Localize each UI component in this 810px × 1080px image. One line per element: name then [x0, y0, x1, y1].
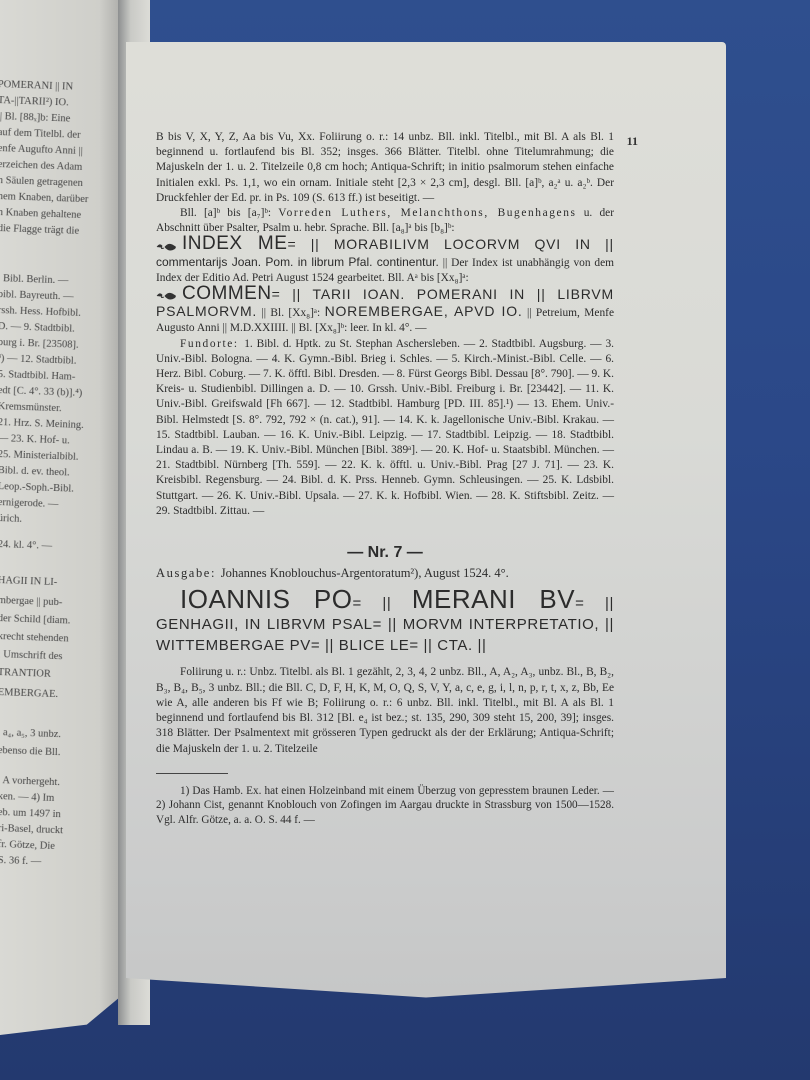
left-page-text-fragment: . Bibl. Berlin. —	[0, 272, 118, 290]
left-page-text-fragment: rssh. Hess. Hofbibl.	[0, 304, 118, 322]
left-page-text-fragment: auf dem Titelbl. der	[0, 126, 118, 144]
edition-title: IOANNIS PO= || MERANI BV= || GENHAGII, I…	[156, 589, 614, 657]
left-page-text-fragment: die Flagge trägt die	[0, 222, 118, 240]
left-page-text-fragment: POMERANI || IN	[0, 78, 118, 96]
index-title: INDEX ME= || MORABILIVM LOCORVM QVI IN |…	[156, 236, 614, 286]
contents-paragraph: Bll. [a]ᵇ bis [a₇]ᵇ: Vorreden Luthers, M…	[156, 206, 614, 236]
fleuron-icon	[156, 291, 178, 301]
left-page-text-fragment: 5. Stadtbibl. Ham-	[0, 368, 118, 386]
left-page-text-fragment: ; Umschrift des	[0, 648, 118, 666]
left-page-text-fragment: ebenso die Bll.	[0, 744, 118, 762]
left-page-text-fragment: Leop.-Soph.-Bibl.	[0, 480, 118, 498]
left-page-text-fragment: ³) — 12. Stadtbibl.	[0, 352, 118, 370]
left-page-text-fragment: ken. — 4) Im	[0, 790, 118, 808]
left-page-text-fragment: edt [C. 4°. 33 (b)].⁴)	[0, 384, 118, 402]
left-page-text-fragment: 21. Hrz. S. Meining.	[0, 416, 118, 434]
left-page-text-fragment: — 23. K. Hof- u.	[0, 432, 118, 450]
left-page-text-fragment: nem Knaben, darüber	[0, 190, 118, 208]
left-page-text-fragment: TA-||TARII²) IO.	[0, 94, 118, 112]
left-page-text-fragment: ürich.	[0, 512, 118, 530]
left-page-text-fragment: der Schild [diam.	[0, 612, 118, 630]
edition-line: Ausgabe: Johannes Knoblouchus-Argentorat…	[156, 566, 614, 581]
left-page-text-fragment: burg i. Br. [23508].	[0, 336, 118, 354]
left-page-text-fragment: 25. Ministerialbibl.	[0, 448, 118, 466]
left-page-text-fragment: n Säulen getragenen	[0, 174, 118, 192]
left-page-text-fragment: EMBERGAE.	[0, 686, 118, 704]
collation-paragraph: B bis V, X, Y, Z, Aa bis Vu, Xx. Foliiru…	[156, 130, 614, 206]
left-page-text-fragment: krecht stehenden	[0, 630, 118, 648]
page-content: B bis V, X, Y, Z, Aa bis Vu, Xx. Foliiru…	[156, 130, 614, 827]
fleuron-icon	[156, 242, 178, 252]
fundorte-paragraph: Fundorte: 1. Bibl. d. Hptk. zu St. Steph…	[156, 337, 614, 519]
left-page-text-fragment: erzeichen des Adam	[0, 158, 118, 176]
left-page-text-fragment: ernigerode. —	[0, 496, 118, 514]
footnote-rule	[156, 773, 228, 774]
left-page-text-fragment: || Bl. [88ₓ]b: Eine	[0, 110, 118, 128]
left-page-text-fragment: ri-Basel, druckt	[0, 822, 118, 840]
left-page-text-fragment: Kremsmünster.	[0, 400, 118, 418]
left-page-text-fragment: HAGII IN LI-	[0, 574, 118, 592]
left-page-text-fragment: eb. um 1497 in	[0, 806, 118, 824]
left-page-text-fragment: D. — 9. Stadtbibl.	[0, 320, 118, 338]
left-page-text-fragment: 24. kl. 4°. —	[0, 538, 118, 556]
left-page-text-fragment: TRANTIOR	[0, 666, 118, 684]
foliation-paragraph: Foliirung u. r.: Unbz. Titelbl. als Bl. …	[156, 665, 614, 756]
footnotes: 1) Das Hamb. Ex. hat einen Holzeinband m…	[156, 784, 614, 828]
left-page-text-fragment: mbergae || pub-	[0, 594, 118, 612]
left-page-text-fragment: . A vorhergeht.	[0, 774, 118, 792]
commentary-title: COMMEN= || TARII IOAN. POMERANI IN || LI…	[156, 286, 614, 337]
left-page-text-fragment: bibl. Bayreuth. —	[0, 288, 118, 306]
right-page: 11 B bis V, X, Y, Z, Aa bis Vu, Xx. Foli…	[126, 42, 726, 1017]
left-page-text-fragment: n Knaben gehaltene	[0, 206, 118, 224]
left-page-text-fragment: , a₄, a₅, 3 unbz.	[0, 726, 118, 744]
left-page-text-fragment: S. 36 f. —	[0, 854, 118, 872]
left-page-text-fragment: Bibl. d. ev. theol.	[0, 464, 118, 482]
left-page-text-fragment: fr. Götze, Die	[0, 838, 118, 856]
left-page: POMERANI || INTA-||TARII²) IO.|| Bl. [88…	[0, 0, 124, 1035]
left-page-text-fragment: enfe Augufto Anni ||	[0, 142, 118, 160]
entry-heading: — Nr. 7 —	[156, 545, 614, 560]
page-number: 11	[627, 134, 638, 149]
